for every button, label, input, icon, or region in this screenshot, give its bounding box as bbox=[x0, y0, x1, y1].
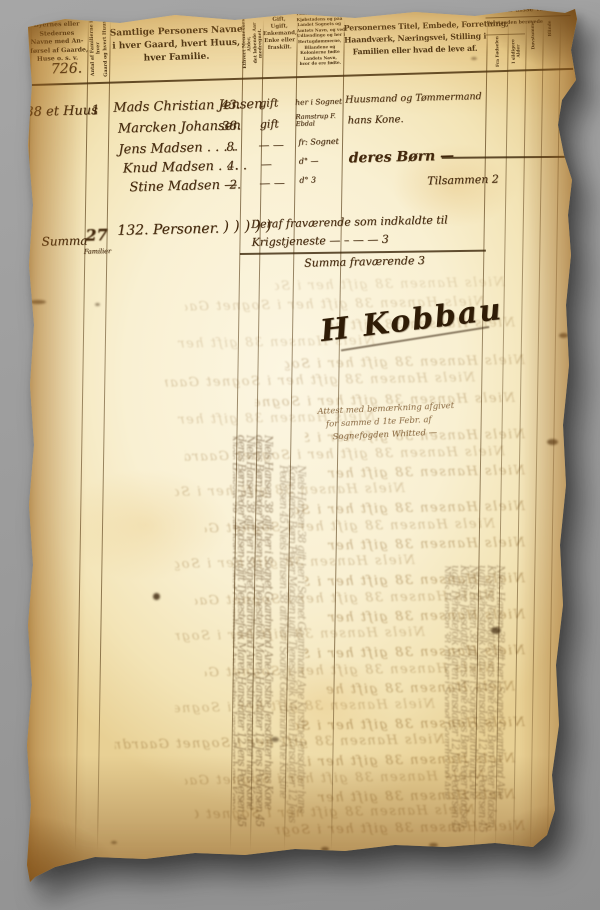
header-vertical-text: Antal af Familierne i hver bbox=[88, 16, 102, 80]
header-names-column: Samtlige Personers Navne i hver Gaard, h… bbox=[110, 24, 243, 67]
header-families-column: Antal af Familierne i hver Gaard og hver… bbox=[87, 16, 109, 81]
handwritten-page-number: 726. bbox=[51, 60, 83, 77]
header-vertical-text: Gaard og hvert Huus. bbox=[101, 16, 109, 80]
summary-line2: Krigstjeneste — – — — 3 bbox=[251, 233, 388, 249]
bleedthrough-text-line: Niels Hansen 38 gift her i Sognet Gaardm… bbox=[325, 535, 525, 553]
header-vertical-text: Døvstumme bbox=[531, 21, 537, 50]
header-vertical-text: Blinde bbox=[548, 21, 553, 37]
person-birthplace: fr: Sognet bbox=[298, 137, 339, 147]
ink-speck bbox=[559, 333, 568, 338]
header-special-v1: Fra Fødselen bbox=[488, 36, 507, 69]
ink-speck bbox=[30, 300, 46, 304]
header-vertical-text: Ethvert Menneskes Alder, bbox=[241, 11, 253, 75]
ink-speck bbox=[271, 737, 279, 742]
header-text: hvor de ere fødte. bbox=[298, 60, 343, 67]
ink-speck bbox=[565, 145, 575, 151]
person-age: 4. bbox=[227, 158, 239, 172]
header-text: fraskilt. bbox=[263, 44, 296, 52]
person-age: 38. bbox=[222, 118, 241, 132]
person-status: — — bbox=[259, 176, 285, 190]
header-text: Byernes eller bbox=[29, 20, 83, 30]
header-places-column: Byernes eller Stedernes Navne med An- fø… bbox=[29, 20, 84, 64]
summary-families-count: 27 bbox=[85, 225, 108, 245]
header-special-sub: Forstanden berøvede bbox=[487, 19, 525, 26]
summary-line3: Summa fraværende 3 bbox=[304, 254, 425, 270]
ink-speck bbox=[153, 593, 160, 600]
ink-speck bbox=[321, 847, 329, 851]
person-birthplace: d° — bbox=[299, 156, 319, 166]
scanned-census-page-wrapper: Niels Hansen 38 gift her i Sognet Gaardm… bbox=[0, 0, 600, 910]
person-age: 2. bbox=[229, 177, 241, 191]
person-occupation: hans Kone. bbox=[348, 114, 404, 126]
header-marital-column: Gift, Ugift, Enkemand, Enke eller fraski… bbox=[262, 16, 296, 52]
special-rule bbox=[486, 15, 571, 19]
person-status: gift bbox=[260, 117, 279, 130]
person-age: 43. bbox=[221, 97, 240, 111]
header-special-v3: Døvstumme bbox=[526, 21, 542, 67]
person-occupation: deres Børn — bbox=[349, 148, 455, 167]
header-occupation-column: Personernes Titel, Embede, Forretning, H… bbox=[344, 19, 486, 59]
summary-label: Summa bbox=[41, 234, 87, 249]
person-name: Jens Madsen . . . . bbox=[118, 140, 236, 158]
family-count-cell: 1 bbox=[91, 103, 100, 118]
person-birthplace: d° 3 bbox=[299, 175, 316, 184]
bleedthrough-text-line: Niels Hansen 38 gift her i Sognet Gaardm… bbox=[185, 768, 485, 788]
bleedthrough-text-line: Niels Hansen 38 gift her i Sognet Gaardm… bbox=[295, 499, 525, 518]
person-birthplace: her i Sognet bbox=[295, 97, 342, 107]
bleedthrough-text-line: Niels Hansen 38 gift her i Sognet Gaardm… bbox=[285, 353, 525, 372]
header-special-v2: I sildigere Alder bbox=[507, 35, 525, 67]
ink-speck bbox=[95, 303, 100, 306]
ink-speck bbox=[429, 843, 438, 847]
person-birthplace: Ramstrup F. Ebdal bbox=[296, 113, 340, 128]
attest-note: Attest med bemærkning afgivet for samme … bbox=[317, 400, 455, 445]
bleedthrough-text-line: Niels Hansen 38 gift her i Sognet Gaardm… bbox=[325, 463, 525, 481]
summary-families-sub: Familier bbox=[84, 247, 111, 256]
header-vertical-text: I sildigere Alder bbox=[511, 35, 522, 67]
bleedthrough-text-line: Niels Hansen 38 gift her i Sognet Gaardm… bbox=[165, 370, 475, 390]
census-document-page: Niels Hansen 38 gift her i Sognet Gaardm… bbox=[25, 5, 580, 885]
header-special-v4: Blinde bbox=[543, 20, 559, 66]
person-status: — — bbox=[258, 138, 284, 152]
census-entries: 38 et Huus 1 Mads Christian Jensen 43. g… bbox=[25, 83, 576, 217]
ink-speck bbox=[561, 113, 575, 121]
person-name: Stine Madsen — bbox=[129, 177, 237, 195]
header-birthplace-column: Fødestedet, nemlig Kjøbstadens og paa La… bbox=[296, 10, 343, 67]
header-age-column: Ethvert Menneskes Alder, det løbende Aar… bbox=[242, 11, 263, 76]
place-cell: 38 et Huus bbox=[25, 103, 98, 120]
ink-speck bbox=[111, 841, 117, 844]
person-age: 8. bbox=[226, 139, 238, 153]
person-status: — bbox=[261, 158, 272, 171]
summary-line1: Deraf fraværende som indkaldte til bbox=[251, 213, 448, 230]
tally-note: Tilsammen 2 bbox=[427, 173, 499, 188]
bleedthrough-dense-band: Niels Hansen 38 gift her i Sognet Gaardm… bbox=[280, 465, 306, 835]
summary-rule bbox=[240, 250, 486, 255]
person-status: gift bbox=[259, 96, 278, 109]
summary-persons: 132. Personer. bbox=[117, 221, 219, 239]
ink-speck bbox=[547, 439, 558, 445]
ink-speck bbox=[471, 57, 477, 60]
header-special-title: Af disse vare bbox=[486, 4, 570, 14]
person-occupation: Huusmand og Tømmermand bbox=[345, 91, 482, 106]
ink-speck bbox=[491, 627, 501, 634]
header-text: Forstanden berøvede bbox=[487, 19, 525, 26]
tally-stroke bbox=[442, 156, 577, 159]
header-vertical-text: Fra Fødselen bbox=[495, 36, 501, 67]
